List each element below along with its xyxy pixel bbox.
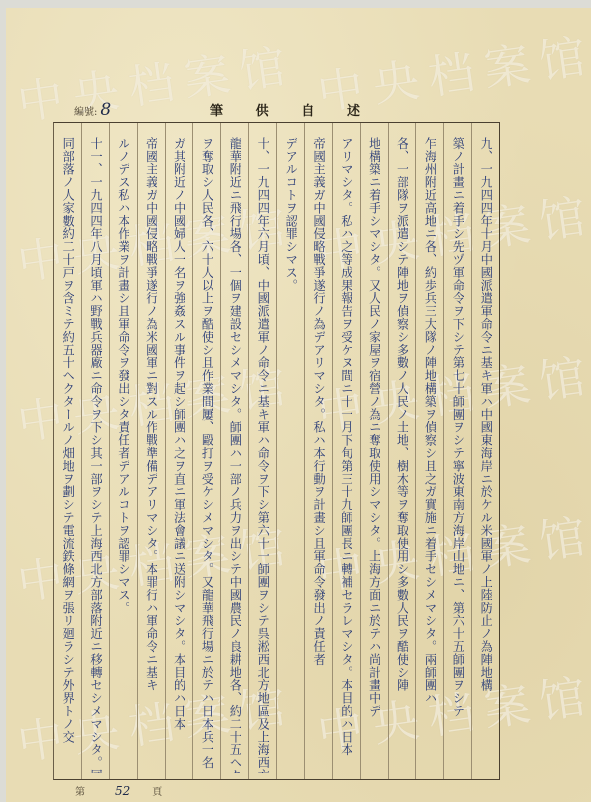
title-char: 自 xyxy=(301,100,314,119)
document-number-value: 8 xyxy=(100,100,111,120)
text-column: 十一、一九四四年八月頃軍ハ野戰兵器廠ニ命令ヲ下シ其一部ヲシテ上海西北方部落附近ニ… xyxy=(81,123,109,779)
title-char: 筆 xyxy=(210,100,223,119)
column-text: デアルコトヲ認罪シマス。 xyxy=(284,123,296,773)
column-text: 十、一九四四年六月頃、中國派遣軍ノ命令ニ基キ軍ハ命令ヲ下シ第六十一師團ヲシテ呉淞… xyxy=(256,123,268,773)
column-text: 築ノ計畫ニ着手シ先ヅ軍命令ヲ下シテ第七十師團ヲシテ寧波東南方海岸山地ニ、第六十五… xyxy=(451,123,463,773)
text-column: 九、一九四四年十月中國派遣軍命令ニ基キ軍ハ中國東海岸ニ於ケル米國軍ノ上陸防止ノ為… xyxy=(471,123,499,779)
text-column: 同部落ノ人家數約二十戸ヲ含ミテ約五十ヘクタールノ畑地ヲ劃シテ電流鉄條網ヲ張リ廻ラ… xyxy=(54,123,81,779)
text-column: 築ノ計畫ニ着手シ先ヅ軍命令ヲ下シテ第七十師團ヲシテ寧波東南方海岸山地ニ、第六十五… xyxy=(443,123,471,779)
text-column: 龍華附近ニ飛行場各、一個ヲ建設セシメマシタ。師團ハ一部ノ兵力ヲ出シテ中國農民ノ良… xyxy=(220,123,248,779)
manuscript-grid: 九、一九四四年十月中國派遣軍命令ニ基キ軍ハ中國東海岸ニ於ケル米國軍ノ上陸防止ノ為… xyxy=(53,122,500,780)
text-column: ガ其附近ノ中國婦人一名ヲ強姦スル事件ヲ起シ師團ハ之ヲ直ニ軍法會議ニ送附シマシタ。… xyxy=(165,123,193,779)
text-column: ルノデス私ハ本作業ヲ計畫シ且軍命令ヲ發出シタ責任者デアルコトヲ認罪シマス。 xyxy=(109,123,137,779)
column-text: 地構築ニ着手シマシタ。又人民ノ家屋ヲ宿營ノ為ニ奪取使用シマシタ。上海方面ニ於テハ… xyxy=(368,123,380,773)
text-column: 乍海州附近高地ニ各、約歩兵三大隊ノ陣地構築ヲ偵察シ且之ガ實施ニ着手セシメマシタ。… xyxy=(415,123,443,779)
title-char: 述 xyxy=(347,100,360,119)
column-text: アリマシタ。私ハ之等成果報告ヲ受ケヌ間ニ十一月下旬第三十九師團長ニ轉補セラレマシ… xyxy=(340,123,352,773)
text-column: 地構築ニ着手シマシタ。又人民ノ家屋ヲ宿營ノ為ニ奪取使用シマシタ。上海方面ニ於テハ… xyxy=(360,123,388,779)
text-column: 十、一九四四年六月頃、中國派遣軍ノ命令ニ基キ軍ハ命令ヲ下シ第六十一師團ヲシテ呉淞… xyxy=(248,123,276,779)
text-column: アリマシタ。私ハ之等成果報告ヲ受ケヌ間ニ十一月下旬第三十九師團長ニ轉補セラレマシ… xyxy=(332,123,360,779)
page-suffix: 頁 xyxy=(152,783,162,798)
text-column: 帝國主義ガ中國侵略戰爭遂行ノ為米國軍ニ對スル作戰準備デアリマシタ。本罪行ハ軍命令… xyxy=(137,123,165,779)
document-number-label: 編號: xyxy=(74,103,97,118)
text-column: 各、一部隊ヲ派遣シテ陣地ヲ偵察シ多數ノ人民ノ土地、樹木等ヲ奪取使用シ多數人民ヲ酷… xyxy=(388,123,416,779)
column-text: ヲ奪取シ人民各、六十人以上ヲ酷使シ且作業間屢、毆打ヲ受ケシメマシタ。又龍華飛行場… xyxy=(201,123,213,773)
column-text: ガ其附近ノ中國婦人一名ヲ強姦スル事件ヲ起シ師團ハ之ヲ直ニ軍法會議ニ送附シマシタ。… xyxy=(173,123,185,773)
column-text: 龍華附近ニ飛行場各、一個ヲ建設セシメマシタ。師團ハ一部ノ兵力ヲ出シテ中國農民ノ良… xyxy=(228,123,240,773)
column-text: 乍海州附近高地ニ各、約歩兵三大隊ノ陣地構築ヲ偵察シ且之ガ實施ニ着手セシメマシタ。… xyxy=(424,123,436,773)
text-column: ヲ奪取シ人民各、六十人以上ヲ酷使シ且作業間屢、毆打ヲ受ケシメマシタ。又龍華飛行場… xyxy=(192,123,220,779)
column-text: 十一、一九四四年八月頃軍ハ野戰兵器廠ニ命令ヲ下シ其一部ヲシテ上海西北方部落附近ニ… xyxy=(89,123,101,773)
column-text: 帝國主義ガ中國侵略戰爭遂行ノ為米國軍ニ對スル作戰準備デアリマシタ。本罪行ハ軍命令… xyxy=(145,123,157,773)
document-number: 編號: 8 xyxy=(74,100,111,120)
page-number-value: 52 xyxy=(115,784,130,798)
column-text: 九、一九四四年十月中國派遣軍命令ニ基キ軍ハ中國東海岸ニ於ケル米國軍ノ上陸防止ノ為… xyxy=(479,123,491,773)
page-number: 第 52 頁 xyxy=(75,783,162,798)
text-column: 帝國主義ガ中國侵略戰爭遂行ノ為デアリマシタ。私ハ本行動ヲ計畫シ且軍命令發出ノ責任… xyxy=(304,123,332,779)
page-title: 筆 供 自 述 xyxy=(210,100,360,119)
column-text: 各、一部隊ヲ派遣シテ陣地ヲ偵察シ多數ノ人民ノ土地、樹木等ヲ奪取使用シ多數人民ヲ酷… xyxy=(396,123,408,773)
column-text: 同部落ノ人家數約二十戸ヲ含ミテ約五十ヘクタールノ畑地ヲ劃シテ電流鉄條網ヲ張リ廻ラ… xyxy=(61,123,73,773)
column-text: 帝國主義ガ中國侵略戰爭遂行ノ為デアリマシタ。私ハ本行動ヲ計畫シ且軍命令發出ノ責任… xyxy=(312,123,324,773)
column-text: ルノデス私ハ本作業ヲ計畫シ且軍命令ヲ發出シタ責任者デアルコトヲ認罪シマス。 xyxy=(117,123,129,773)
title-char: 供 xyxy=(256,100,269,119)
page-prefix: 第 xyxy=(75,783,85,798)
text-column: デアルコトヲ認罪シマス。 xyxy=(276,123,304,779)
